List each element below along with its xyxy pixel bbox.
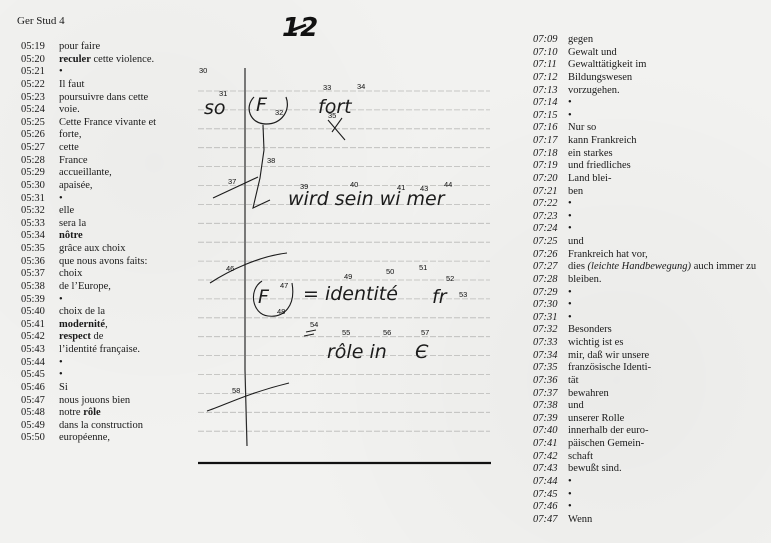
timestamp: 07:14	[533, 97, 568, 110]
transcript-text: •	[59, 369, 63, 382]
transcript-row: 07:47Wenn	[533, 514, 756, 527]
timestamp: 05:48	[21, 407, 59, 420]
transcript-text: ein starkes	[568, 148, 613, 161]
transcript-text: bewahren	[568, 388, 609, 401]
transcript-row: 07:41päischen Gemein-	[533, 438, 756, 451]
timestamp: 07:15	[533, 110, 568, 123]
transcript-row: 07:19und friedliches	[533, 160, 756, 173]
timestamp: 07:29	[533, 287, 568, 300]
transcript-text: accueillante,	[59, 167, 112, 180]
timestamp: 05:43	[21, 344, 59, 357]
transcript-text: Il faut	[59, 79, 84, 92]
timestamp: 07:24	[533, 223, 568, 236]
transcript-text: •	[568, 223, 572, 236]
transcript-row: 05:26forte,	[21, 129, 156, 142]
transcript-row: 07:27dies (leichte Handbewegung) auch im…	[533, 261, 756, 274]
timestamp: 05:39	[21, 294, 59, 307]
transcript-row: 07:33wichtig ist es	[533, 337, 756, 350]
transcript-row: 07:24•	[533, 223, 756, 236]
timestamp: 07:37	[533, 388, 568, 401]
timestamp: 05:31	[21, 193, 59, 206]
transcript-row: 05:29accueillante,	[21, 167, 156, 180]
transcript-row: 05:23poursuivre dans cette	[21, 92, 156, 105]
timestamp: 05:50	[21, 432, 59, 445]
transcript-row: 07:32Besonders	[533, 324, 756, 337]
timestamp: 05:32	[21, 205, 59, 218]
transcript-row: 05:24voie.	[21, 104, 156, 117]
transcript-row: 07:12Bildungswesen	[533, 72, 756, 85]
timestamp: 07:11	[533, 59, 568, 72]
transcript-row: 07:26Frankreich hat vor,	[533, 249, 756, 262]
transcript-row: 07:09gegen	[533, 34, 756, 47]
transcript-text: •	[568, 476, 572, 489]
transcript-row: 07:16Nur so	[533, 122, 756, 135]
timestamp: 05:40	[21, 306, 59, 319]
transcript-row: 07:21ben	[533, 186, 756, 199]
transcript-text: elle	[59, 205, 74, 218]
timestamp: 07:25	[533, 236, 568, 249]
timestamp: 07:33	[533, 337, 568, 350]
timestamp: 07:28	[533, 274, 568, 287]
transcript-row: 07:25und	[533, 236, 756, 249]
timestamp: 05:44	[21, 357, 59, 370]
transcript-row: 07:20Land blei-	[533, 173, 756, 186]
transcript-row: 07:30•	[533, 299, 756, 312]
transcript-text: ben	[568, 186, 583, 199]
transcript-row: 07:42schaft	[533, 451, 756, 464]
timestamp: 05:22	[21, 79, 59, 92]
transcript-text: Land blei-	[568, 173, 611, 186]
timestamp: 07:22	[533, 198, 568, 211]
transcript-row: 05:33sera la	[21, 218, 156, 231]
transcript-text: Bildungswesen	[568, 72, 632, 85]
document-label: Ger Stud 4	[17, 15, 65, 27]
transcript-text: innerhalb der euro-	[568, 425, 648, 438]
transcript-row: 05:37choix	[21, 268, 156, 281]
transcript-text: •	[59, 66, 63, 79]
transcript-text: Gewalt und	[568, 47, 617, 60]
transcript-row: 07:40innerhalb der euro-	[533, 425, 756, 438]
transcript-row: 05:48notre rôle	[21, 407, 156, 420]
timestamp: 07:44	[533, 476, 568, 489]
transcript-french: 05:19pour faire05:20reculer cette violen…	[21, 41, 156, 445]
transcript-row: 05:38de l’Europe,	[21, 281, 156, 294]
transcript-text: notre rôle	[59, 407, 101, 420]
transcript-text: poursuivre dans cette	[59, 92, 148, 105]
timestamp: 07:36	[533, 375, 568, 388]
transcript-row: 07:45•	[533, 489, 756, 502]
timestamp: 05:29	[21, 167, 59, 180]
transcript-row: 07:13vorzugehen.	[533, 85, 756, 98]
transcript-row: 05:36que nous avons faits:	[21, 256, 156, 269]
timestamp: 07:23	[533, 211, 568, 224]
transcript-text: •	[59, 357, 63, 370]
transcript-text: l’identité française.	[59, 344, 140, 357]
transcript-text: •	[568, 97, 572, 110]
transcript-text: •	[59, 193, 63, 206]
timestamp: 07:30	[533, 299, 568, 312]
timestamp: 05:28	[21, 155, 59, 168]
timestamp: 05:27	[21, 142, 59, 155]
transcript-text: •	[568, 211, 572, 224]
transcript-text: und friedliches	[568, 160, 631, 173]
transcript-row: 07:34mir, daß wir unsere	[533, 350, 756, 363]
transcript-row: 07:11Gewalttätigkeit im	[533, 59, 756, 72]
timestamp: 05:45	[21, 369, 59, 382]
transcript-german: 07:09gegen07:10Gewalt und07:11Gewalttäti…	[533, 34, 756, 526]
timestamp: 05:46	[21, 382, 59, 395]
timestamp: 07:10	[533, 47, 568, 60]
timestamp: 07:45	[533, 489, 568, 502]
transcript-row: 05:30apaisée,	[21, 180, 156, 193]
transcript-text: choix	[59, 268, 82, 281]
timestamp: 07:19	[533, 160, 568, 173]
transcript-text: pour faire	[59, 41, 100, 54]
timestamp: 07:31	[533, 312, 568, 325]
timestamp: 05:19	[21, 41, 59, 54]
timestamp: 05:21	[21, 66, 59, 79]
timestamp: 07:47	[533, 514, 568, 527]
transcript-row: 07:35französische Identi-	[533, 362, 756, 375]
transcript-text: •	[59, 294, 63, 307]
timestamp: 05:33	[21, 218, 59, 231]
transcript-text: Nur so	[568, 122, 596, 135]
transcript-row: 05:40choix de la	[21, 306, 156, 319]
transcript-text: vorzugehen.	[568, 85, 620, 98]
transcript-row: 05:22Il faut	[21, 79, 156, 92]
transcript-row: 07:38und	[533, 400, 756, 413]
transcript-row: 07:43bewußt sind.	[533, 463, 756, 476]
transcript-row: 05:49dans la construction	[21, 420, 156, 433]
timestamp: 07:42	[533, 451, 568, 464]
timestamp: 07:32	[533, 324, 568, 337]
transcript-text: reculer cette violence.	[59, 54, 154, 67]
transcript-text: •	[568, 287, 572, 300]
transcript-row: 05:25Cette France vivante et	[21, 117, 156, 130]
timestamp: 07:16	[533, 122, 568, 135]
transcript-row: 07:44•	[533, 476, 756, 489]
transcript-row: 07:31•	[533, 312, 756, 325]
timestamp: 07:41	[533, 438, 568, 451]
timestamp: 05:42	[21, 331, 59, 344]
timestamp: 07:43	[533, 463, 568, 476]
transcript-text: und	[568, 400, 584, 413]
transcript-text: schaft	[568, 451, 593, 464]
timestamp: 05:23	[21, 92, 59, 105]
timestamp: 05:36	[21, 256, 59, 269]
transcript-text: Wenn	[568, 514, 592, 527]
timestamp: 05:24	[21, 104, 59, 117]
transcript-text: •	[568, 299, 572, 312]
transcript-text: und	[568, 236, 584, 249]
timestamp: 05:37	[21, 268, 59, 281]
transcript-text: forte,	[59, 129, 81, 142]
timestamp: 07:09	[533, 34, 568, 47]
transcript-text: wichtig ist es	[568, 337, 623, 350]
transcript-row: 05:43l’identité française.	[21, 344, 156, 357]
timestamp: 07:27	[533, 261, 568, 274]
timestamp: 05:47	[21, 395, 59, 408]
transcript-text: que nous avons faits:	[59, 256, 147, 269]
timestamp: 05:26	[21, 129, 59, 142]
transcript-text: modernité,	[59, 319, 108, 332]
timestamp: 07:18	[533, 148, 568, 161]
timestamp: 07:46	[533, 501, 568, 514]
timestamp: 05:41	[21, 319, 59, 332]
transcript-row: 07:22•	[533, 198, 756, 211]
transcript-text: européenne,	[59, 432, 110, 445]
transcript-row: 05:47nous jouons bien	[21, 395, 156, 408]
timestamp: 05:38	[21, 281, 59, 294]
transcript-text: grâce aux choix	[59, 243, 125, 256]
timestamp: 07:20	[533, 173, 568, 186]
transcript-row: 05:20reculer cette violence.	[21, 54, 156, 67]
transcript-text: voie.	[59, 104, 80, 117]
timestamp: 07:34	[533, 350, 568, 363]
transcript-row: 07:36tät	[533, 375, 756, 388]
transcript-text: Si	[59, 382, 68, 395]
transcript-row: 05:39•	[21, 294, 156, 307]
transcript-text: Besonders	[568, 324, 612, 337]
timestamp: 05:49	[21, 420, 59, 433]
transcript-text: nôtre	[59, 230, 83, 243]
transcript-row: 07:14•	[533, 97, 756, 110]
transcript-row: 05:42respect de	[21, 331, 156, 344]
transcript-text: dies (leichte Handbewegung) auch immer z…	[568, 261, 756, 274]
transcript-text: •	[568, 110, 572, 123]
timestamp: 07:13	[533, 85, 568, 98]
transcript-text: päischen Gemein-	[568, 438, 644, 451]
transcript-row: 07:28bleiben.	[533, 274, 756, 287]
transcript-text: respect de	[59, 331, 103, 344]
transcript-text: sera la	[59, 218, 86, 231]
timestamp: 07:39	[533, 413, 568, 426]
timestamp: 05:30	[21, 180, 59, 193]
transcript-text: •	[568, 312, 572, 325]
transcript-text: Frankreich hat vor,	[568, 249, 648, 262]
transcript-row: 07:17kann Frankreich	[533, 135, 756, 148]
timestamp: 05:34	[21, 230, 59, 243]
timestamp: 07:21	[533, 186, 568, 199]
transcript-row: 07:15•	[533, 110, 756, 123]
transcript-row: 05:19pour faire	[21, 41, 156, 54]
timestamp: 05:35	[21, 243, 59, 256]
transcript-row: 07:18ein starkes	[533, 148, 756, 161]
transcript-row: 05:31•	[21, 193, 156, 206]
transcript-row: 07:46•	[533, 501, 756, 514]
transcript-text: bewußt sind.	[568, 463, 622, 476]
transcript-text: kann Frankreich	[568, 135, 637, 148]
transcript-row: 05:27cette	[21, 142, 156, 155]
timestamp: 05:25	[21, 117, 59, 130]
transcript-text: France	[59, 155, 88, 168]
transcript-row: 07:10Gewalt und	[533, 47, 756, 60]
transcript-row: 05:32elle	[21, 205, 156, 218]
transcript-row: 07:29•	[533, 287, 756, 300]
transcript-text: mir, daß wir unsere	[568, 350, 649, 363]
transcript-text: dans la construction	[59, 420, 143, 433]
transcript-row: 05:35grâce aux choix	[21, 243, 156, 256]
transcript-text: Gewalttätigkeit im	[568, 59, 646, 72]
transcript-row: 07:37bewahren	[533, 388, 756, 401]
transcript-row: 05:50européenne,	[21, 432, 156, 445]
timestamp: 07:17	[533, 135, 568, 148]
timestamp: 05:20	[21, 54, 59, 67]
timestamp: 07:12	[533, 72, 568, 85]
transcript-row: 05:21•	[21, 66, 156, 79]
transcript-text: französische Identi-	[568, 362, 651, 375]
timestamp: 07:38	[533, 400, 568, 413]
timestamp: 07:26	[533, 249, 568, 262]
transcript-text: de l’Europe,	[59, 281, 111, 294]
transcript-row: 05:34nôtre	[21, 230, 156, 243]
timestamp: 07:40	[533, 425, 568, 438]
transcript-text: unserer Rolle	[568, 413, 624, 426]
transcript-text: •	[568, 489, 572, 502]
transcript-text: cette	[59, 142, 79, 155]
transcript-row: 07:39unserer Rolle	[533, 413, 756, 426]
transcript-text: •	[568, 198, 572, 211]
timestamp: 07:35	[533, 362, 568, 375]
transcript-row: 07:23•	[533, 211, 756, 224]
transcript-row: 05:46Si	[21, 382, 156, 395]
transcript-row: 05:28France	[21, 155, 156, 168]
transcript-row: 05:41modernité,	[21, 319, 156, 332]
transcript-row: 05:45•	[21, 369, 156, 382]
transcript-text: nous jouons bien	[59, 395, 130, 408]
transcript-text: Cette France vivante et	[59, 117, 156, 130]
transcript-text: •	[568, 501, 572, 514]
transcript-text: bleiben.	[568, 274, 602, 287]
transcript-row: 05:44•	[21, 357, 156, 370]
transcript-text: choix de la	[59, 306, 105, 319]
transcript-text: apaisée,	[59, 180, 93, 193]
transcript-text: gegen	[568, 34, 593, 47]
transcript-text: tät	[568, 375, 579, 388]
